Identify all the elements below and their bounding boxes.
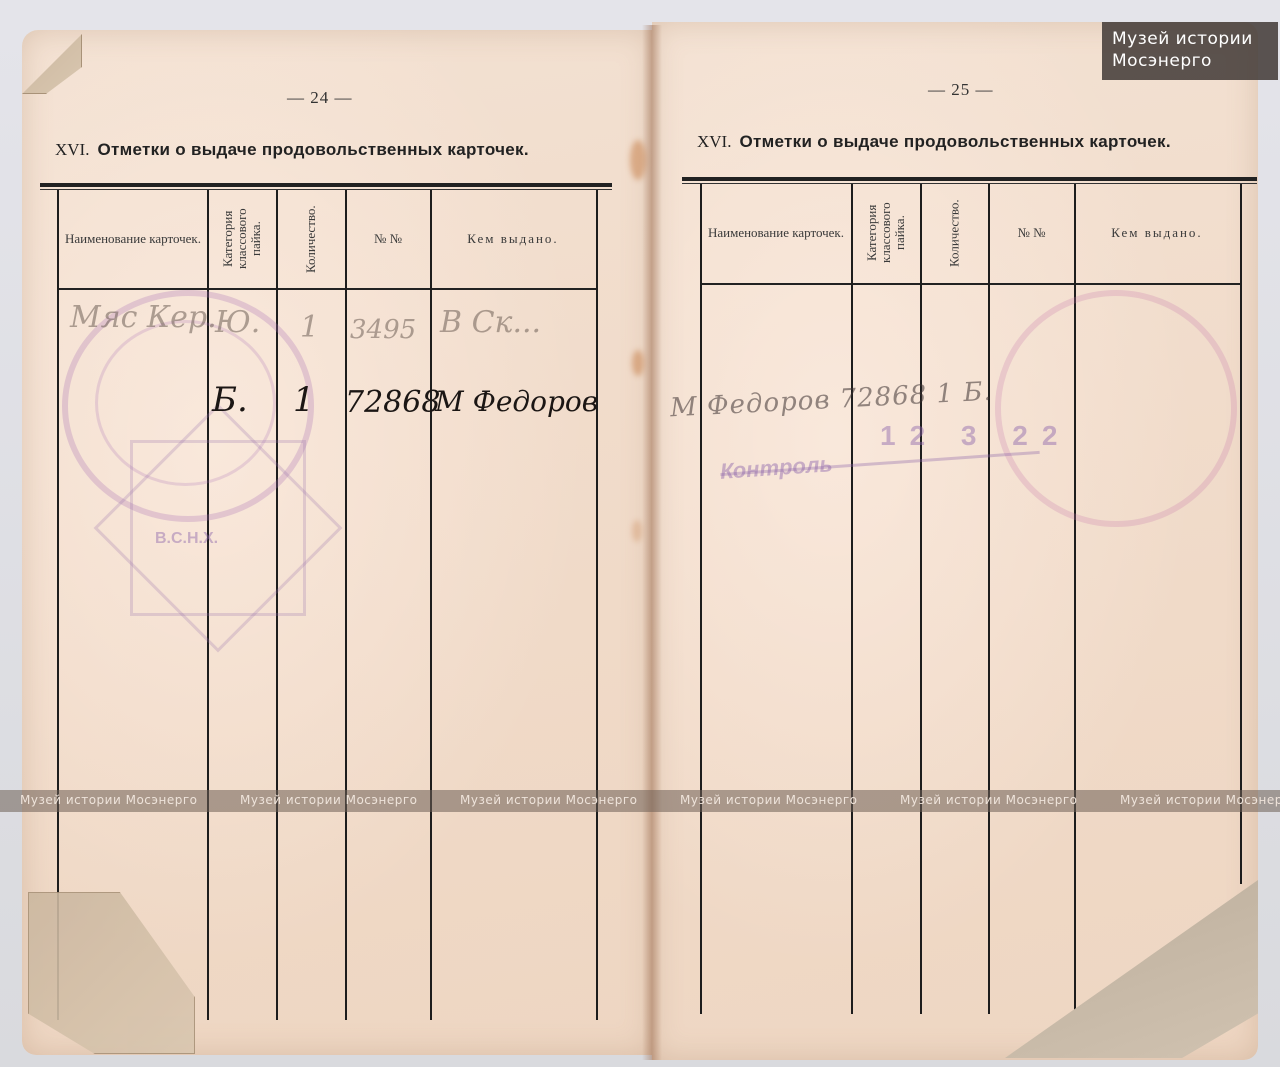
table-top-rule [40, 183, 612, 187]
section-title-text: Отметки о выдаче продовольственных карто… [97, 140, 528, 159]
stamp-text: В.С.Н.Х. [155, 530, 218, 548]
column-line [596, 190, 598, 1020]
column-header-issued-by: Кем выдано. [433, 195, 593, 283]
row1-issued-by: В Ск... [440, 305, 541, 340]
column-header-number: № № [348, 195, 428, 283]
table-top-rule [682, 183, 1257, 184]
row1-category: Ю. [215, 305, 260, 340]
header-bottom-rule [700, 283, 1240, 285]
control-stamp-date: 12 3 22 [880, 420, 1071, 452]
watermark-text: Музей истории Мосэнерго [680, 793, 857, 807]
section-roman: XVI. [697, 132, 731, 151]
watermark-text: Музей истории Мосэнерго [1120, 793, 1280, 807]
column-header-number: № № [991, 188, 1072, 278]
section-title-left: XVI.Отметки о выдаче продовольственных к… [55, 140, 529, 160]
page-number-right: — 25 — [928, 80, 994, 100]
row1-name: Мяс Кер. [70, 300, 217, 335]
column-line [988, 184, 990, 1014]
octagon-stamp [130, 440, 306, 616]
section-roman: XVI. [55, 140, 89, 159]
row2-issued-by: М Федоров [435, 385, 598, 418]
logo-line-1: Музей истории [1112, 28, 1268, 50]
column-header-category: Категория классового пайка. [210, 195, 274, 283]
museum-logo: Музей истории Мосэнерго [1102, 22, 1278, 80]
section-title-right: XVI.Отметки о выдаче продовольственных к… [697, 132, 1171, 152]
column-line [430, 190, 432, 1020]
row1-number: 3495 [350, 315, 416, 345]
rust-stain [632, 350, 644, 376]
rust-stain [630, 140, 646, 180]
row1-quantity: 1 [300, 310, 319, 345]
column-header-quantity: Количество. [923, 188, 986, 278]
row2-category: Б. [212, 380, 248, 420]
watermark-text: Музей истории Мосэнерго [20, 793, 197, 807]
column-line [700, 184, 702, 1014]
column-line [920, 184, 922, 1014]
header-bottom-rule [57, 288, 597, 290]
row2-number: 72868 [345, 385, 440, 420]
logo-line-2: Мосэнерго [1112, 50, 1268, 72]
column-header-category: Категория классового пайка. [854, 188, 918, 278]
column-header-issued-by: Кем выдано. [1077, 188, 1237, 278]
column-header-name: Наименование карточек. [60, 195, 206, 283]
column-line [1240, 184, 1242, 884]
table-top-rule [40, 189, 612, 190]
column-line [345, 190, 347, 1020]
table-top-rule [682, 177, 1257, 181]
watermark-text: Музей истории Мосэнерго [900, 793, 1077, 807]
rust-stain [632, 520, 642, 542]
section-title-text: Отметки о выдаче продовольственных карто… [739, 132, 1170, 151]
watermark-text: Музей истории Мосэнерго [240, 793, 417, 807]
watermark-text: Музей истории Мосэнерго [460, 793, 637, 807]
column-header-quantity: Количество. [279, 195, 343, 283]
book-spine [642, 25, 662, 1060]
round-stamp [995, 290, 1237, 527]
row2-quantity: 1 [293, 380, 315, 420]
column-header-name: Наименование карточек. [703, 188, 849, 278]
page-number-left: — 24 — [287, 88, 353, 108]
column-line [851, 184, 853, 1014]
